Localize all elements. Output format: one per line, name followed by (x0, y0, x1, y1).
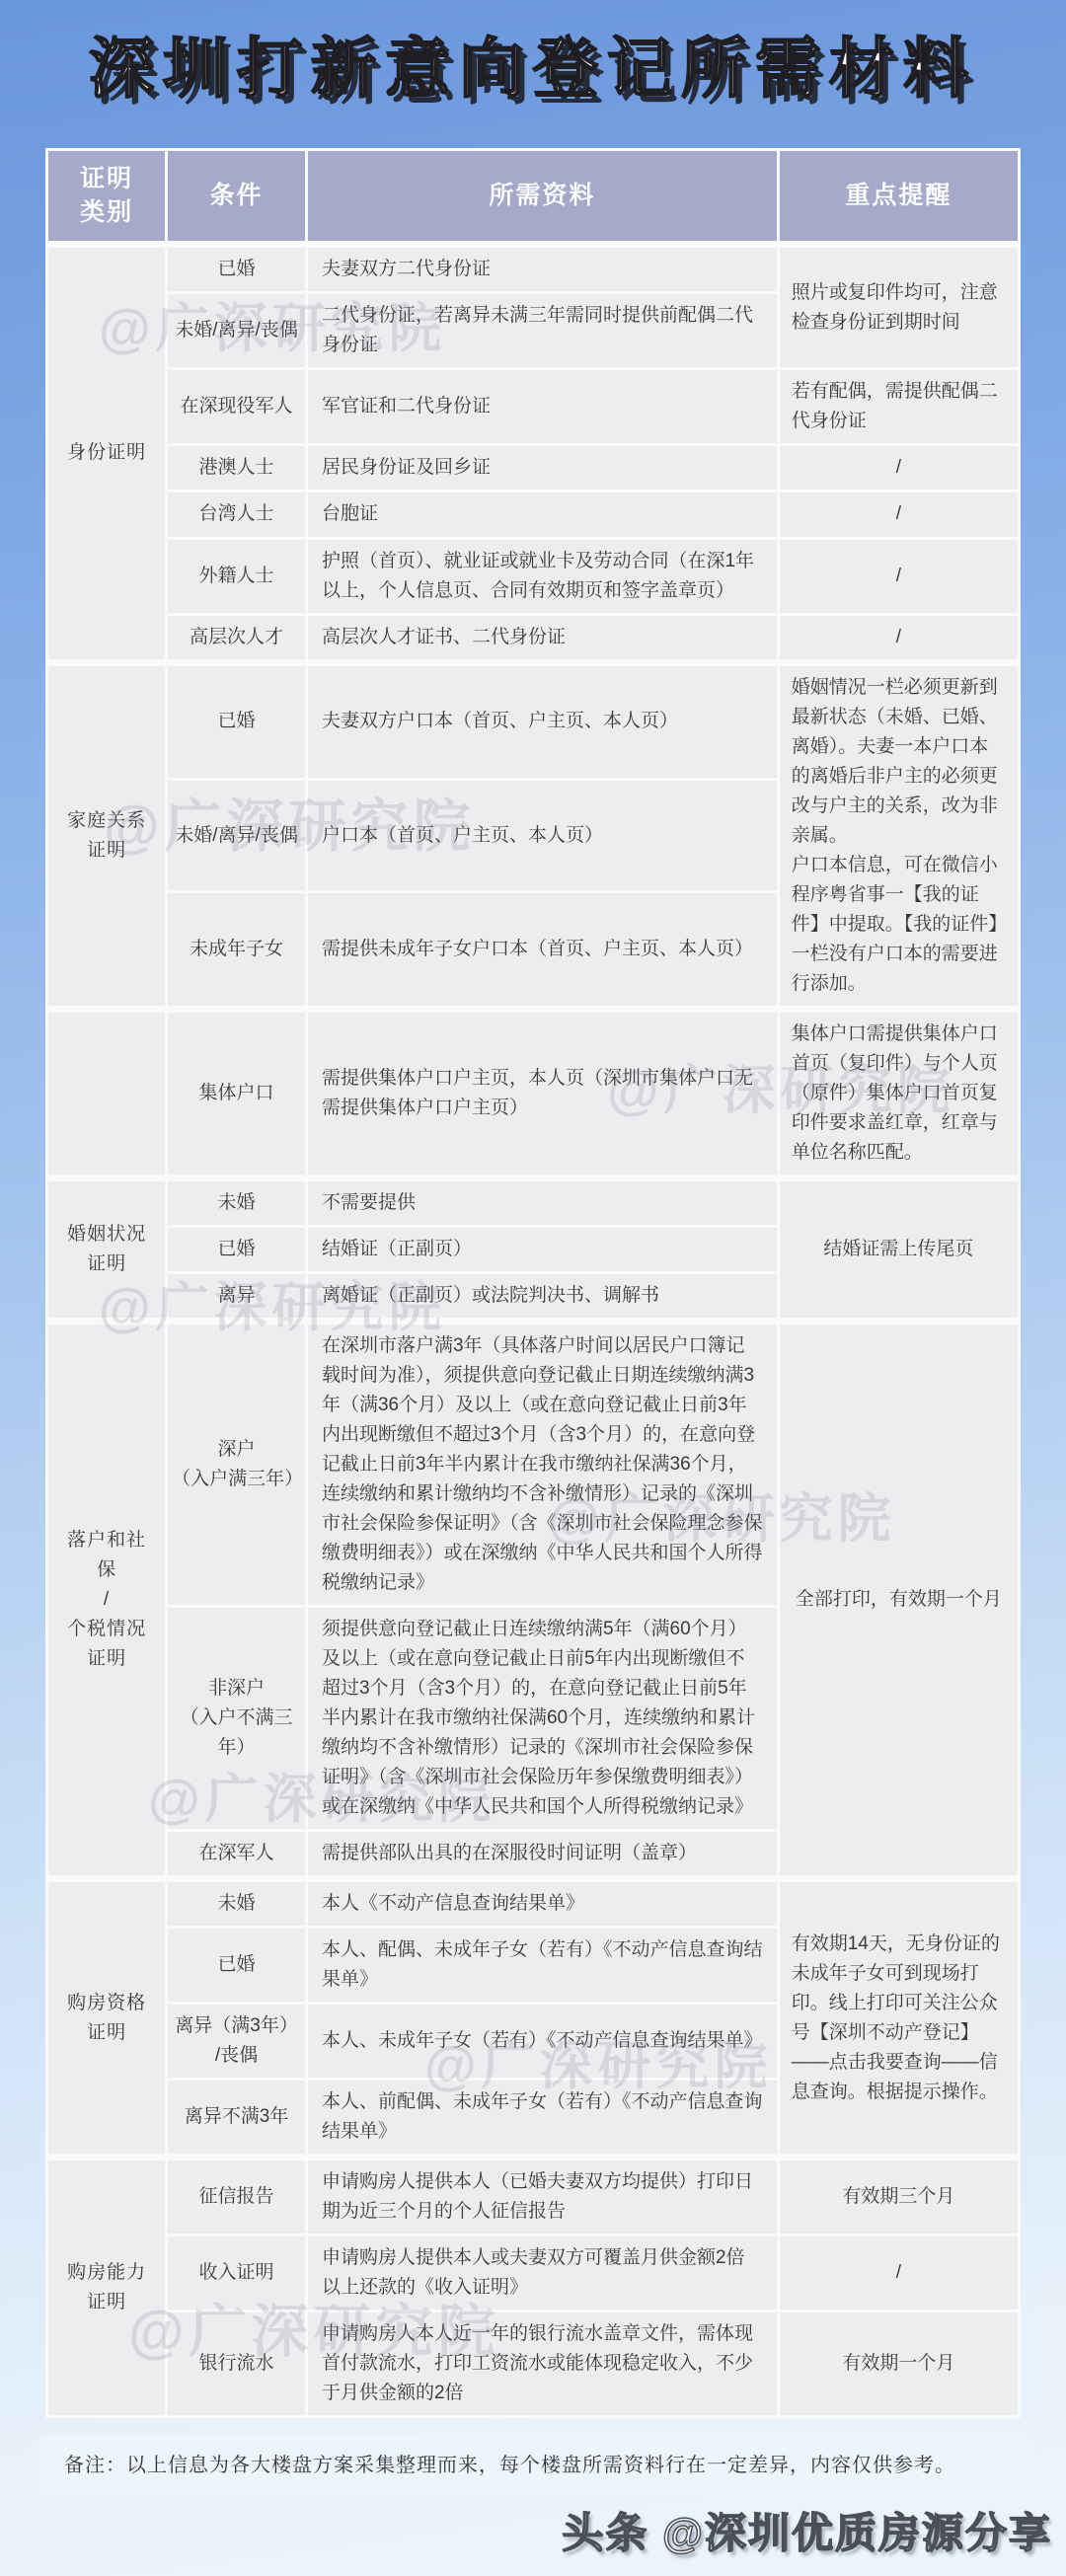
material-cell: 本人、配偶、未成年子女（若有）《不动产信息查询结果单》 (306, 1928, 778, 2004)
reminder-cell: 有效期14天，无身份证的未成年子女可到现场打印。线上打印可关注公众号【深圳不动产… (778, 1879, 1019, 2158)
condition-cell: 外籍人士 (167, 538, 307, 614)
material-cell: 本人、未成年子女（若有）《不动产信息查询结果单》 (306, 2004, 778, 2080)
table-row: 收入证明申请购房人提供本人或夫妻双方可覆盖月供金额2倍以上还款的《收入证明》/ (47, 2235, 1020, 2311)
reminder-cell: 结婚证需上传尾页 (778, 1177, 1019, 1321)
material-cell: 需提供集体户口户主页，本人页（深圳市集体户口无需提供集体户口户主页） (306, 1009, 778, 1177)
condition-cell: 台湾人士 (167, 492, 307, 538)
table-row: 婚姻状况 证明未婚不需要提供结婚证需上传尾页 (47, 1177, 1020, 1226)
condition-cell: 已婚 (167, 245, 307, 293)
reminder-cell: 照片或复印件均可，注意检查身份证到期时间 (778, 245, 1019, 369)
material-cell: 户口本（首页、户主页、本人页） (306, 780, 778, 892)
reminder-cell: 若有配偶，需提供配偶二代身份证 (778, 369, 1019, 445)
header-materials: 所需资料 (306, 149, 778, 245)
table-row: 台湾人士台胞证/ (47, 492, 1020, 538)
category-cell: 婚姻状况 证明 (47, 1177, 167, 1321)
reminder-cell: / (778, 492, 1019, 538)
condition-cell: 高层次人才 (167, 614, 307, 662)
table-row: 高层次人才高层次人才证书、二代身份证/ (47, 614, 1020, 662)
material-cell: 申请购房人提供本人（已婚夫妻双方均提供）打印日期为近三个月的个人征信报告 (306, 2158, 778, 2235)
material-cell: 二代身份证，若离异未满三年需同时提供前配偶二代身份证 (306, 293, 778, 369)
material-cell: 本人、前配偶、未成年子女（若有）《不动产信息查询结果单》 (306, 2080, 778, 2158)
category-cell: 家庭关系 证明 (47, 662, 167, 1009)
condition-cell: 未成年子女 (167, 892, 307, 1010)
title-part-3: 登记所需材料 (533, 32, 977, 105)
material-cell: 台胞证 (306, 492, 778, 538)
table-row: 港澳人士居民身份证及回乡证/ (47, 445, 1020, 492)
footnote: 备注：以上信息为各大楼盘方案采集整理而来，每个楼盘所需资料行在一定差异，内容仅供… (38, 2434, 1028, 2492)
condition-cell: 已婚 (167, 662, 307, 780)
category-cell: 购房资格 证明 (47, 1879, 167, 2158)
header-key-reminder: 重点提醒 (778, 149, 1019, 245)
material-cell: 离婚证（正副页）或法院判决书、调解书 (306, 1272, 778, 1321)
condition-cell: 深户 （入户满三年） (167, 1321, 307, 1606)
header-certificate-type: 证明 类别 (47, 149, 167, 245)
table-row: 购房资格 证明未婚本人《不动产信息查询结果单》有效期14天，无身份证的未成年子女… (47, 1879, 1020, 1928)
condition-cell: 非深户 （入户不满三年） (167, 1606, 307, 1830)
table-row: 购房能力 证明征信报告申请购房人提供本人（已婚夫妻双方均提供）打印日期为近三个月… (47, 2158, 1020, 2235)
condition-cell: 离异（满3年） /丧偶 (167, 2004, 307, 2080)
category-cell: 购房能力 证明 (47, 2158, 167, 2417)
material-cell: 护照（首页）、就业证或就业卡及劳动合同（在深1年以上，个人信息页、合同有效期页和… (306, 538, 778, 614)
table-row: 家庭关系 证明已婚夫妻双方户口本（首页、户主页、本人页）婚姻情况一栏必须更新到最… (47, 662, 1020, 780)
reminder-cell: / (778, 2235, 1019, 2311)
title-part-accent: 打新意向 (237, 32, 533, 105)
condition-cell: 在深军人 (167, 1831, 307, 1879)
table-row: 身份证明已婚夫妻双方二代身份证照片或复印件均可，注意检查身份证到期时间 (47, 245, 1020, 293)
material-cell: 申请购房人本人近一年的银行流水盖章文件，需体现首付款流水，打印工资流水或能体现稳… (306, 2311, 778, 2417)
reminder-cell: 有效期三个月 (778, 2158, 1019, 2235)
table-row: 外籍人士护照（首页）、就业证或就业卡及劳动合同（在深1年以上，个人信息页、合同有… (47, 538, 1020, 614)
material-cell: 不需要提供 (306, 1177, 778, 1226)
condition-cell: 收入证明 (167, 2235, 307, 2311)
condition-cell: 离异 (167, 1272, 307, 1321)
condition-cell: 集体户口 (167, 1009, 307, 1177)
material-cell: 居民身份证及回乡证 (306, 445, 778, 492)
reminder-cell: 婚姻情况一栏必须更新到最新状态（未婚、已婚、离婚）。夫妻一本户口本的离婚后非户主… (778, 662, 1019, 1009)
material-cell: 申请购房人提供本人或夫妻双方可覆盖月供金额2倍以上还款的《收入证明》 (306, 2235, 778, 2311)
condition-cell: 港澳人士 (167, 445, 307, 492)
condition-cell: 未婚/离异/丧偶 (167, 293, 307, 369)
material-cell: 军官证和二代身份证 (306, 369, 778, 445)
condition-cell: 征信报告 (167, 2158, 307, 2235)
category-cell (47, 1009, 167, 1177)
category-cell: 落户和社保 / 个税情况 证明 (47, 1321, 167, 1878)
condition-cell: 已婚 (167, 1226, 307, 1272)
requirements-table: 证明 类别 条件 所需资料 重点提醒 身份证明已婚夫妻双方二代身份证照片或复印件… (45, 148, 1021, 2418)
condition-cell: 离异不满3年 (167, 2080, 307, 2158)
material-cell: 本人《不动产信息查询结果单》 (306, 1879, 778, 1928)
reminder-cell: 全部打印，有效期一个月 (778, 1321, 1019, 1878)
material-cell: 夫妻双方二代身份证 (306, 245, 778, 293)
material-cell: 在深圳市落户满3年（具体落户时间以居民户口簿记载时间为准），须提供意向登记截止日… (306, 1321, 778, 1606)
material-cell: 夫妻双方户口本（首页、户主页、本人页） (306, 662, 778, 780)
header-condition: 条件 (167, 149, 307, 245)
title-part-1: 深圳 (89, 32, 237, 105)
table-row: 落户和社保 / 个税情况 证明深户 （入户满三年）在深圳市落户满3年（具体落户时… (47, 1321, 1020, 1606)
material-cell: 需提供部队出具的在深服役时间证明（盖章） (306, 1831, 778, 1879)
reminder-cell: 有效期一个月 (778, 2311, 1019, 2417)
table-header-row: 证明 类别 条件 所需资料 重点提醒 (47, 149, 1020, 245)
reminder-cell: 集体户口需提供集体户口首页（复印件）与个人页（原件）集体户口首页复印件要求盖红章… (778, 1009, 1019, 1177)
category-cell: 身份证明 (47, 245, 167, 662)
material-cell: 须提供意向登记截止日连续缴纳满5年（满60个月）及以上（或在意向登记截止日前5年… (306, 1606, 778, 1830)
author-credit: 头条 @深圳优质房源分享 (562, 2501, 1052, 2560)
reminder-cell: / (778, 445, 1019, 492)
table-row: 银行流水申请购房人本人近一年的银行流水盖章文件，需体现首付款流水，打印工资流水或… (47, 2311, 1020, 2417)
condition-cell: 未婚/离异/丧偶 (167, 780, 307, 892)
condition-cell: 在深现役军人 (167, 369, 307, 445)
reminder-cell: / (778, 614, 1019, 662)
material-cell: 结婚证（正副页） (306, 1226, 778, 1272)
material-cell: 高层次人才证书、二代身份证 (306, 614, 778, 662)
infographic-page: @广深研究院 @广深研究院 @广深研究院 @广深研究院 @广深研究院 @广深研究… (0, 0, 1066, 2576)
condition-cell: 未婚 (167, 1879, 307, 1928)
table-row: 集体户口需提供集体户口户主页，本人页（深圳市集体户口无需提供集体户口户主页）集体… (47, 1009, 1020, 1177)
condition-cell: 未婚 (167, 1177, 307, 1226)
condition-cell: 银行流水 (167, 2311, 307, 2417)
material-cell: 需提供未成年子女户口本（首页、户主页、本人页） (306, 892, 778, 1010)
page-title: 深圳打新意向登记所需材料 (0, 0, 1066, 107)
reminder-cell: / (778, 538, 1019, 614)
table-row: 在深现役军人军官证和二代身份证若有配偶，需提供配偶二代身份证 (47, 369, 1020, 445)
condition-cell: 已婚 (167, 1928, 307, 2004)
